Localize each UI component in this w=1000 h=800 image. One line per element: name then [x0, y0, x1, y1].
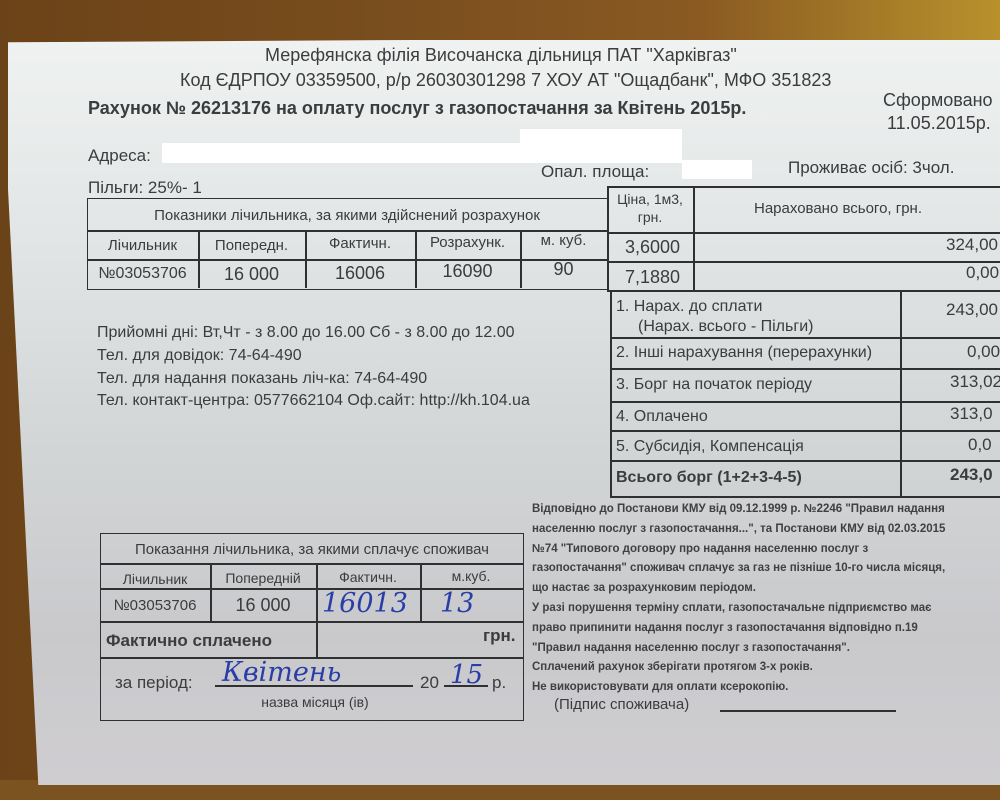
calculated-reading: 16090: [415, 261, 520, 282]
slip-header-previous: Попередній: [210, 570, 316, 586]
summary-label-total: Всього борг (1+2+3-4-5): [616, 469, 802, 487]
legal-line: що настає за розрахунковим періодом.: [532, 582, 756, 594]
year-prefix: 20: [420, 673, 439, 693]
period-label: за період:: [115, 673, 193, 693]
summary-value-5: 0,0: [968, 435, 992, 455]
paid-currency: грн.: [483, 626, 515, 646]
phone-meter: Тел. для надання показань ліч-ка: 74-64-…: [97, 370, 427, 388]
legal-line: Відповідно до Постанови КМУ від 09.12.19…: [532, 503, 945, 515]
slip-header-meter: Лічильник: [100, 571, 210, 587]
signature-line[interactable]: [720, 710, 896, 712]
total-charged-header: Нараховано всього, грн.: [754, 200, 922, 217]
col-header-calculated: Розрахунк.: [415, 234, 520, 251]
phone-contact-center: Тел. контакт-центра: 0577662104 Оф.сайт:…: [97, 392, 530, 410]
phone-info: Тел. для довідок: 74-64-490: [97, 347, 302, 365]
signature-label: (Підпис споживача): [554, 696, 689, 713]
formed-label: Сформовано: [883, 90, 993, 111]
month-caption: назва місяця (ів): [240, 694, 390, 710]
summary-label-4: 4. Оплачено: [616, 408, 708, 426]
col-header-actual: Фактичн.: [305, 235, 415, 252]
year-suffix: р.: [492, 673, 506, 693]
slip-previous-reading: 16 000: [210, 595, 316, 616]
summary-label-5: 5. Субсидія, Компенсація: [616, 438, 804, 456]
meter-calc-title: Показники лічильника, за якими здійснени…: [87, 207, 607, 224]
col-header-meter: Лічильник: [87, 237, 198, 254]
summary-label-3: 3. Борг на початок періоду: [616, 376, 812, 394]
reception-hours: Прийомні дні: Вт,Чт - з 8.00 до 16.00 Сб…: [97, 324, 515, 342]
summary-value-1: 243,00: [946, 300, 998, 320]
actual-reading: 16006: [305, 263, 415, 284]
col-header-previous: Попередн.: [198, 237, 305, 254]
legal-line: Не використовувати для оплати ксерокопію…: [532, 681, 788, 693]
slip-actual-reading-input[interactable]: 16013: [322, 588, 408, 619]
price-row-1: 3,6000: [625, 237, 680, 258]
slip-header-volume: м.куб.: [420, 568, 522, 584]
slip-volume-input[interactable]: 13: [440, 588, 474, 619]
residents-count: Проживає осіб: 3чол.: [788, 158, 954, 178]
heated-area-redaction: [682, 160, 752, 179]
summary-value-4: 313,0: [950, 404, 993, 424]
heated-area-label: Опал. площа:: [541, 162, 649, 182]
summary-value-3: 313,02: [950, 372, 1000, 392]
legal-line: право припинити надання послуг з газопос…: [532, 622, 918, 634]
summary-value-2: 0,00: [967, 342, 1000, 362]
address-redaction: [162, 143, 520, 163]
legal-line: У разі порушення терміну сплати, газопос…: [532, 602, 932, 614]
total-row-2: 0,00: [966, 263, 999, 283]
price-row-2: 7,1880: [625, 267, 680, 288]
previous-reading: 16 000: [198, 264, 305, 285]
price-header: Ціна, 1м3, грн.: [612, 190, 688, 226]
summary-label-1: 1. Нарах. до сплати: [616, 298, 762, 316]
slip-meter-number: №03053706: [100, 597, 210, 614]
meter-number: №03053706: [87, 265, 198, 283]
legal-line: "Правил надання населенню послуг з газоп…: [532, 642, 850, 654]
address-label: Адреса:: [88, 146, 151, 166]
legal-line: газопостачання" споживач сплачує за газ …: [532, 562, 945, 574]
year-input[interactable]: 15: [450, 660, 483, 690]
formed-date: 11.05.2015р.: [887, 113, 991, 134]
name-redaction: [520, 129, 682, 163]
company-name: Мерефянска філія Височанска дільниця ПАТ…: [265, 45, 737, 66]
invoice-title: Рахунок № 26213176 на оплату послуг з га…: [88, 98, 746, 119]
legal-line: населенню послуг з газопостачання...", т…: [532, 523, 945, 535]
slip-header-actual: Фактичн.: [316, 569, 420, 585]
col-header-volume: м. куб.: [520, 232, 607, 249]
benefits: Пільги: 25%- 1: [88, 178, 202, 198]
summary-value-total: 243,0: [950, 465, 993, 485]
payer-slip-title: Показання лічильника, за якими сплачує с…: [100, 541, 524, 558]
volume-m3: 90: [520, 259, 607, 280]
total-row-1: 324,00: [946, 235, 998, 255]
summary-label-2: 2. Інші нарахування (перерахунки): [616, 344, 872, 362]
summary-sublabel-1: (Нарах. всього - Пільги): [638, 318, 813, 336]
legal-line: Сплачений рахунок зберігати протягом 3-х…: [532, 661, 813, 673]
legal-line: №74 "Типового договору про надання насел…: [532, 543, 868, 555]
paid-label: Фактично сплачено: [106, 631, 272, 651]
period-month-input[interactable]: Квітень: [222, 657, 341, 688]
company-codes: Код ЄДРПОУ 03359500, р/р 26030301298 7 Х…: [180, 70, 831, 91]
